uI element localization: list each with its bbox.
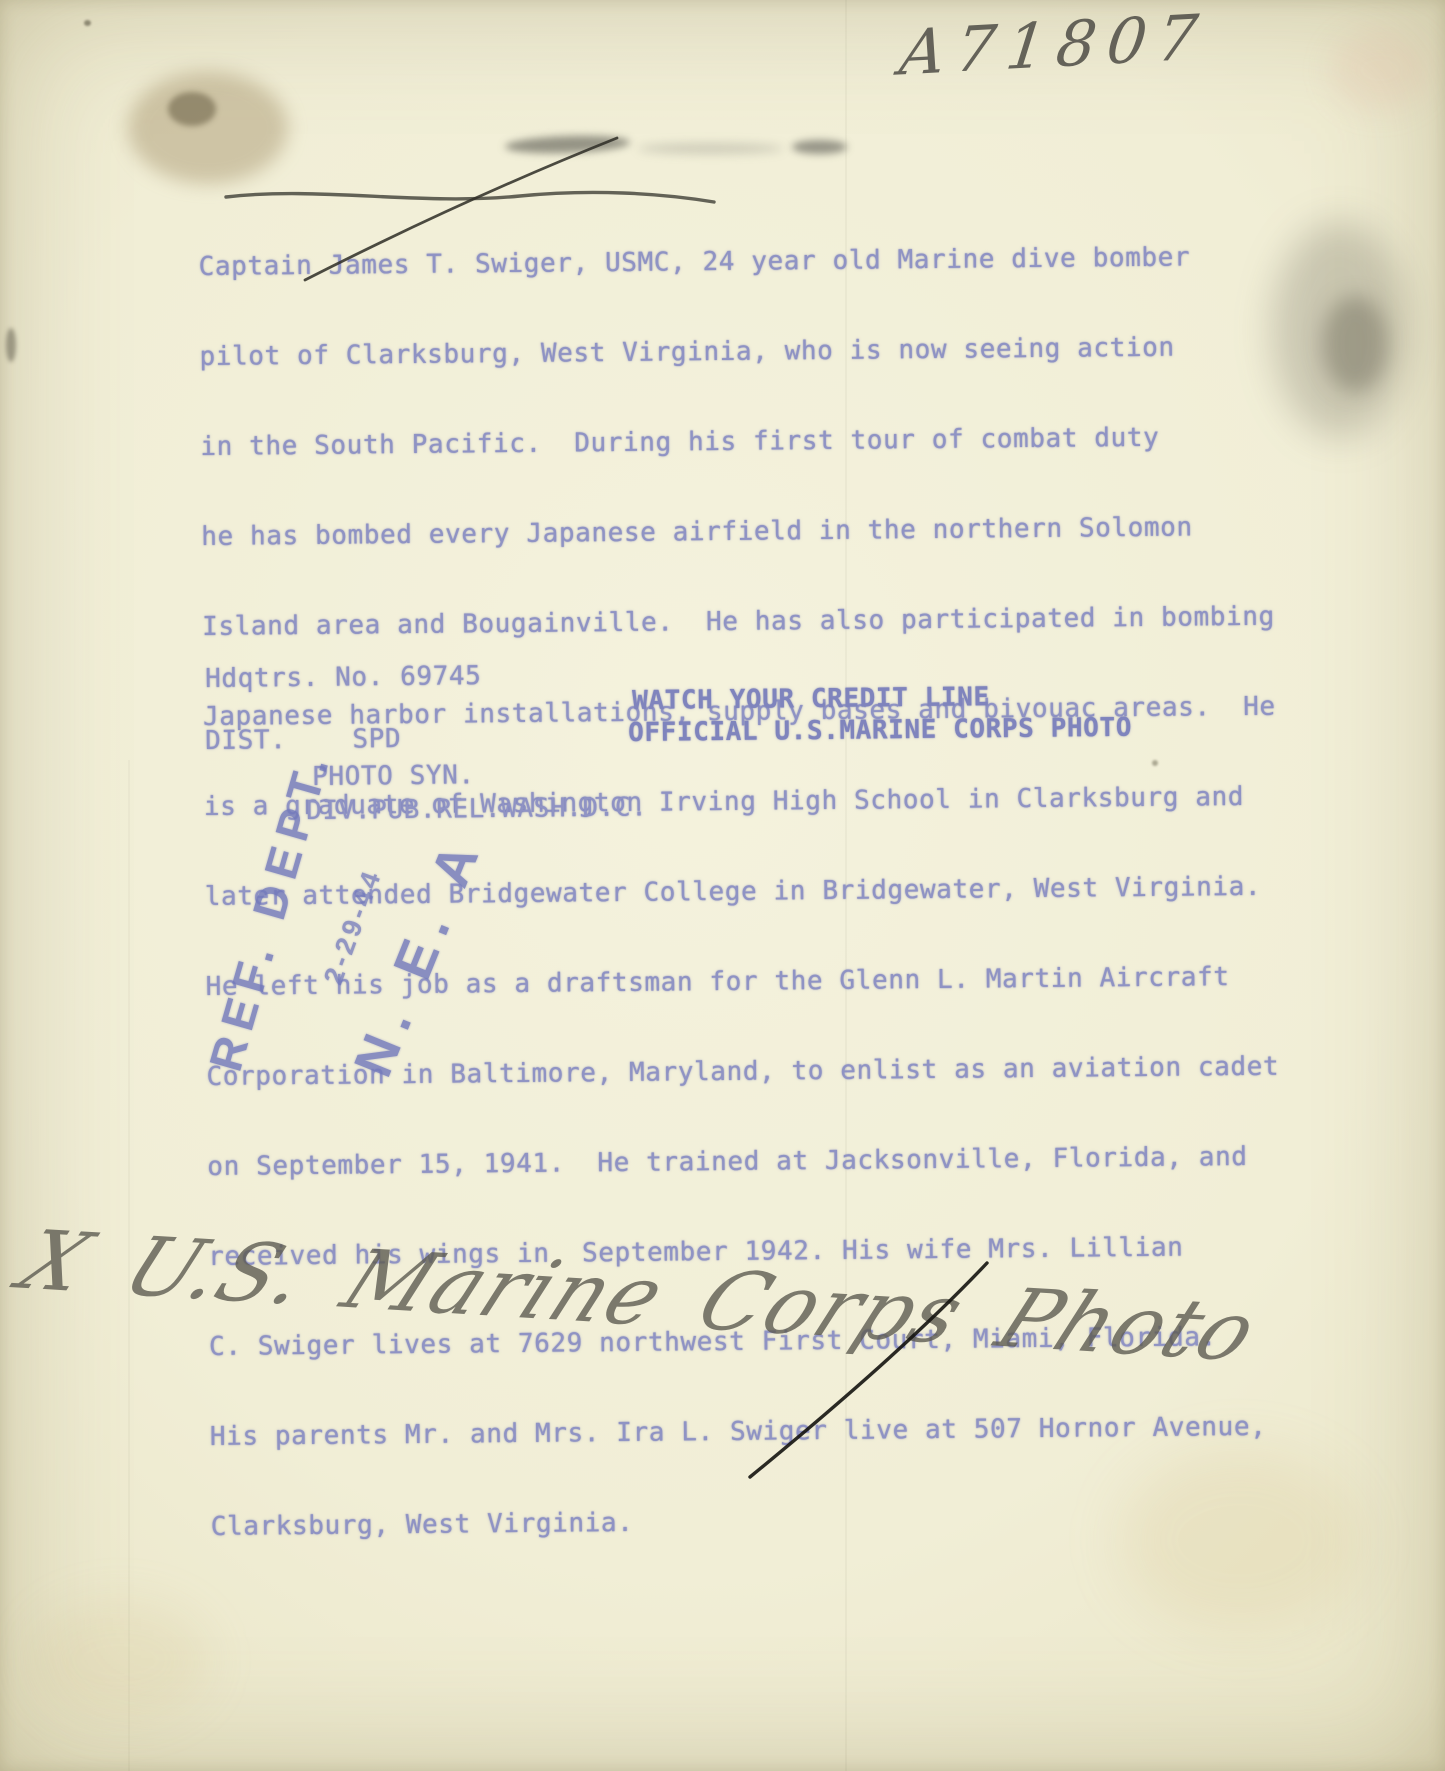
headquarters-number: Hdqtrs. No. 69745 — [205, 661, 482, 694]
credit-line: OFFICIAL U.S.MARINE CORPS PHOTO — [628, 713, 1132, 748]
paper-speck — [6, 328, 16, 362]
ink-smudge-top-a — [505, 134, 631, 155]
caption-line: Clarksburg, West Virginia. — [211, 1502, 1284, 1542]
distribution-label: DIST. — [205, 725, 287, 756]
smudge-right-edge-dark — [1322, 296, 1388, 392]
credit-warning: WATCH YOUR CREDIT LINE — [632, 682, 990, 716]
distribution-value: SPD — [352, 724, 401, 755]
stain-top-right — [1330, 30, 1430, 110]
caption-line: on September 15, 1941. He trained at Jac… — [207, 1142, 1280, 1182]
caption-line: Captain James T. Swiger, USMC, 24 year o… — [199, 242, 1272, 282]
caption-line: he has bombed every Japanese airfield in… — [201, 512, 1274, 552]
ink-smudge-top-b — [638, 143, 783, 154]
caption-line: pilot of Clarksburg, West Virginia, who … — [199, 332, 1272, 372]
caption-line: His parents Mr. and Mrs. Ira L. Swiger l… — [210, 1412, 1283, 1452]
caption-line: in the South Pacific. During his first t… — [200, 422, 1273, 462]
photo-back-paper: Captain James T. Swiger, USMC, 24 year o… — [0, 0, 1445, 1771]
stain-top-left — [128, 72, 288, 184]
handwritten-photo-id: A71807 — [896, 0, 1213, 90]
ink-smudge-top-c — [792, 140, 847, 154]
smudge-right-edge — [1272, 222, 1407, 437]
caption-line: He left his job as a draftsman for the G… — [205, 962, 1278, 1002]
stain-bottom-left — [30, 1600, 210, 1720]
paper-speck — [84, 20, 91, 26]
stain-top-left-core — [168, 92, 216, 126]
distribution-div-pub-rel: DIV.PUB.REL.WASH.D.C. — [306, 792, 648, 826]
caption-line: Island area and Bougainville. He has als… — [202, 602, 1275, 642]
